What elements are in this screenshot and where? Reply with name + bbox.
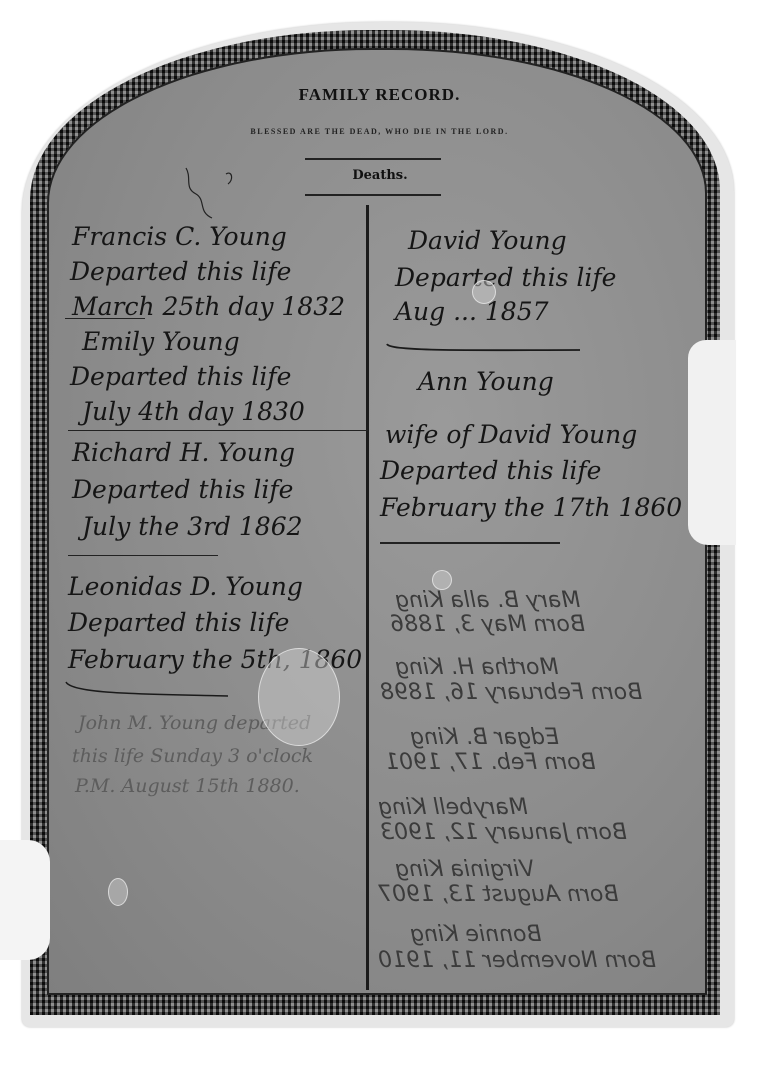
section-label-deaths: Deaths. <box>330 168 430 183</box>
entry-date: Aug ... 1857 <box>395 297 549 326</box>
water-stain <box>108 878 128 906</box>
entry-date: February the 17th 1860 <box>380 493 682 522</box>
section-rule-bottom <box>305 194 441 196</box>
entry-name: Leonidas D. Young <box>68 572 303 601</box>
entry-line: Departed this life <box>70 257 291 286</box>
mirrored-line: Marybell King <box>378 795 528 820</box>
entry-separator <box>68 430 368 431</box>
mirrored-line: Born May 3, 1886 <box>390 612 585 637</box>
entry-name: Richard H. Young <box>72 438 295 467</box>
entry-line: wife of David Young <box>385 420 637 449</box>
entry-line: Departed this life <box>70 362 291 391</box>
pen-scribble <box>178 160 248 230</box>
water-stain <box>472 280 496 304</box>
water-stain <box>258 648 340 746</box>
mirrored-line: Born August 13, 1907 <box>378 882 619 907</box>
torn-edge-right <box>688 340 736 545</box>
entry-date: July 4th day 1830 <box>82 397 305 426</box>
strike-line <box>380 542 560 544</box>
entry-line: Departed this life <box>380 456 601 485</box>
mirrored-line: Born November 11, 1910 <box>378 948 656 973</box>
entry-date: March 25th day 1832 <box>72 292 345 321</box>
mirrored-line: Bonnie King <box>410 922 542 947</box>
entry-line: Departed this life <box>395 263 616 292</box>
column-divider <box>366 205 369 990</box>
mirrored-line: Virginia King <box>395 857 534 882</box>
entry-name: Francis C. Young <box>72 222 287 251</box>
entry-name: David Young <box>408 226 567 255</box>
entry-separator <box>68 555 218 556</box>
flourish-underline <box>384 338 584 360</box>
mirrored-line: Born February 16, 1898 <box>380 680 642 705</box>
entry-name: Emily Young <box>82 327 240 356</box>
flourish-underline <box>62 672 232 702</box>
page-subtitle: BLESSED ARE THE DEAD, WHO DIE IN THE LOR… <box>0 127 759 136</box>
mirrored-line: Born January 12, 1903 <box>380 820 627 845</box>
page-title: FAMILY RECORD. <box>0 85 759 105</box>
entry-date: P.M. August 15th 1880. <box>75 775 300 797</box>
entry-line: this life Sunday 3 o'clock <box>72 745 313 767</box>
mirrored-line: Born Feb. 17, 1901 <box>385 750 596 775</box>
water-stain <box>432 570 452 590</box>
entry-separator <box>65 318 145 319</box>
entry-line: Departed this life <box>72 475 293 504</box>
section-rule-top <box>305 158 441 160</box>
entry-date: July the 3rd 1862 <box>82 512 303 541</box>
mirrored-line: Mary B. alla King <box>395 588 580 613</box>
mirrored-line: Mortha H. King <box>395 655 559 680</box>
torn-edge-left <box>0 840 50 960</box>
entry-line: Departed this life <box>68 608 289 637</box>
entry-name: Ann Young <box>418 367 554 396</box>
mirrored-line: Edgar B. King <box>410 725 559 750</box>
